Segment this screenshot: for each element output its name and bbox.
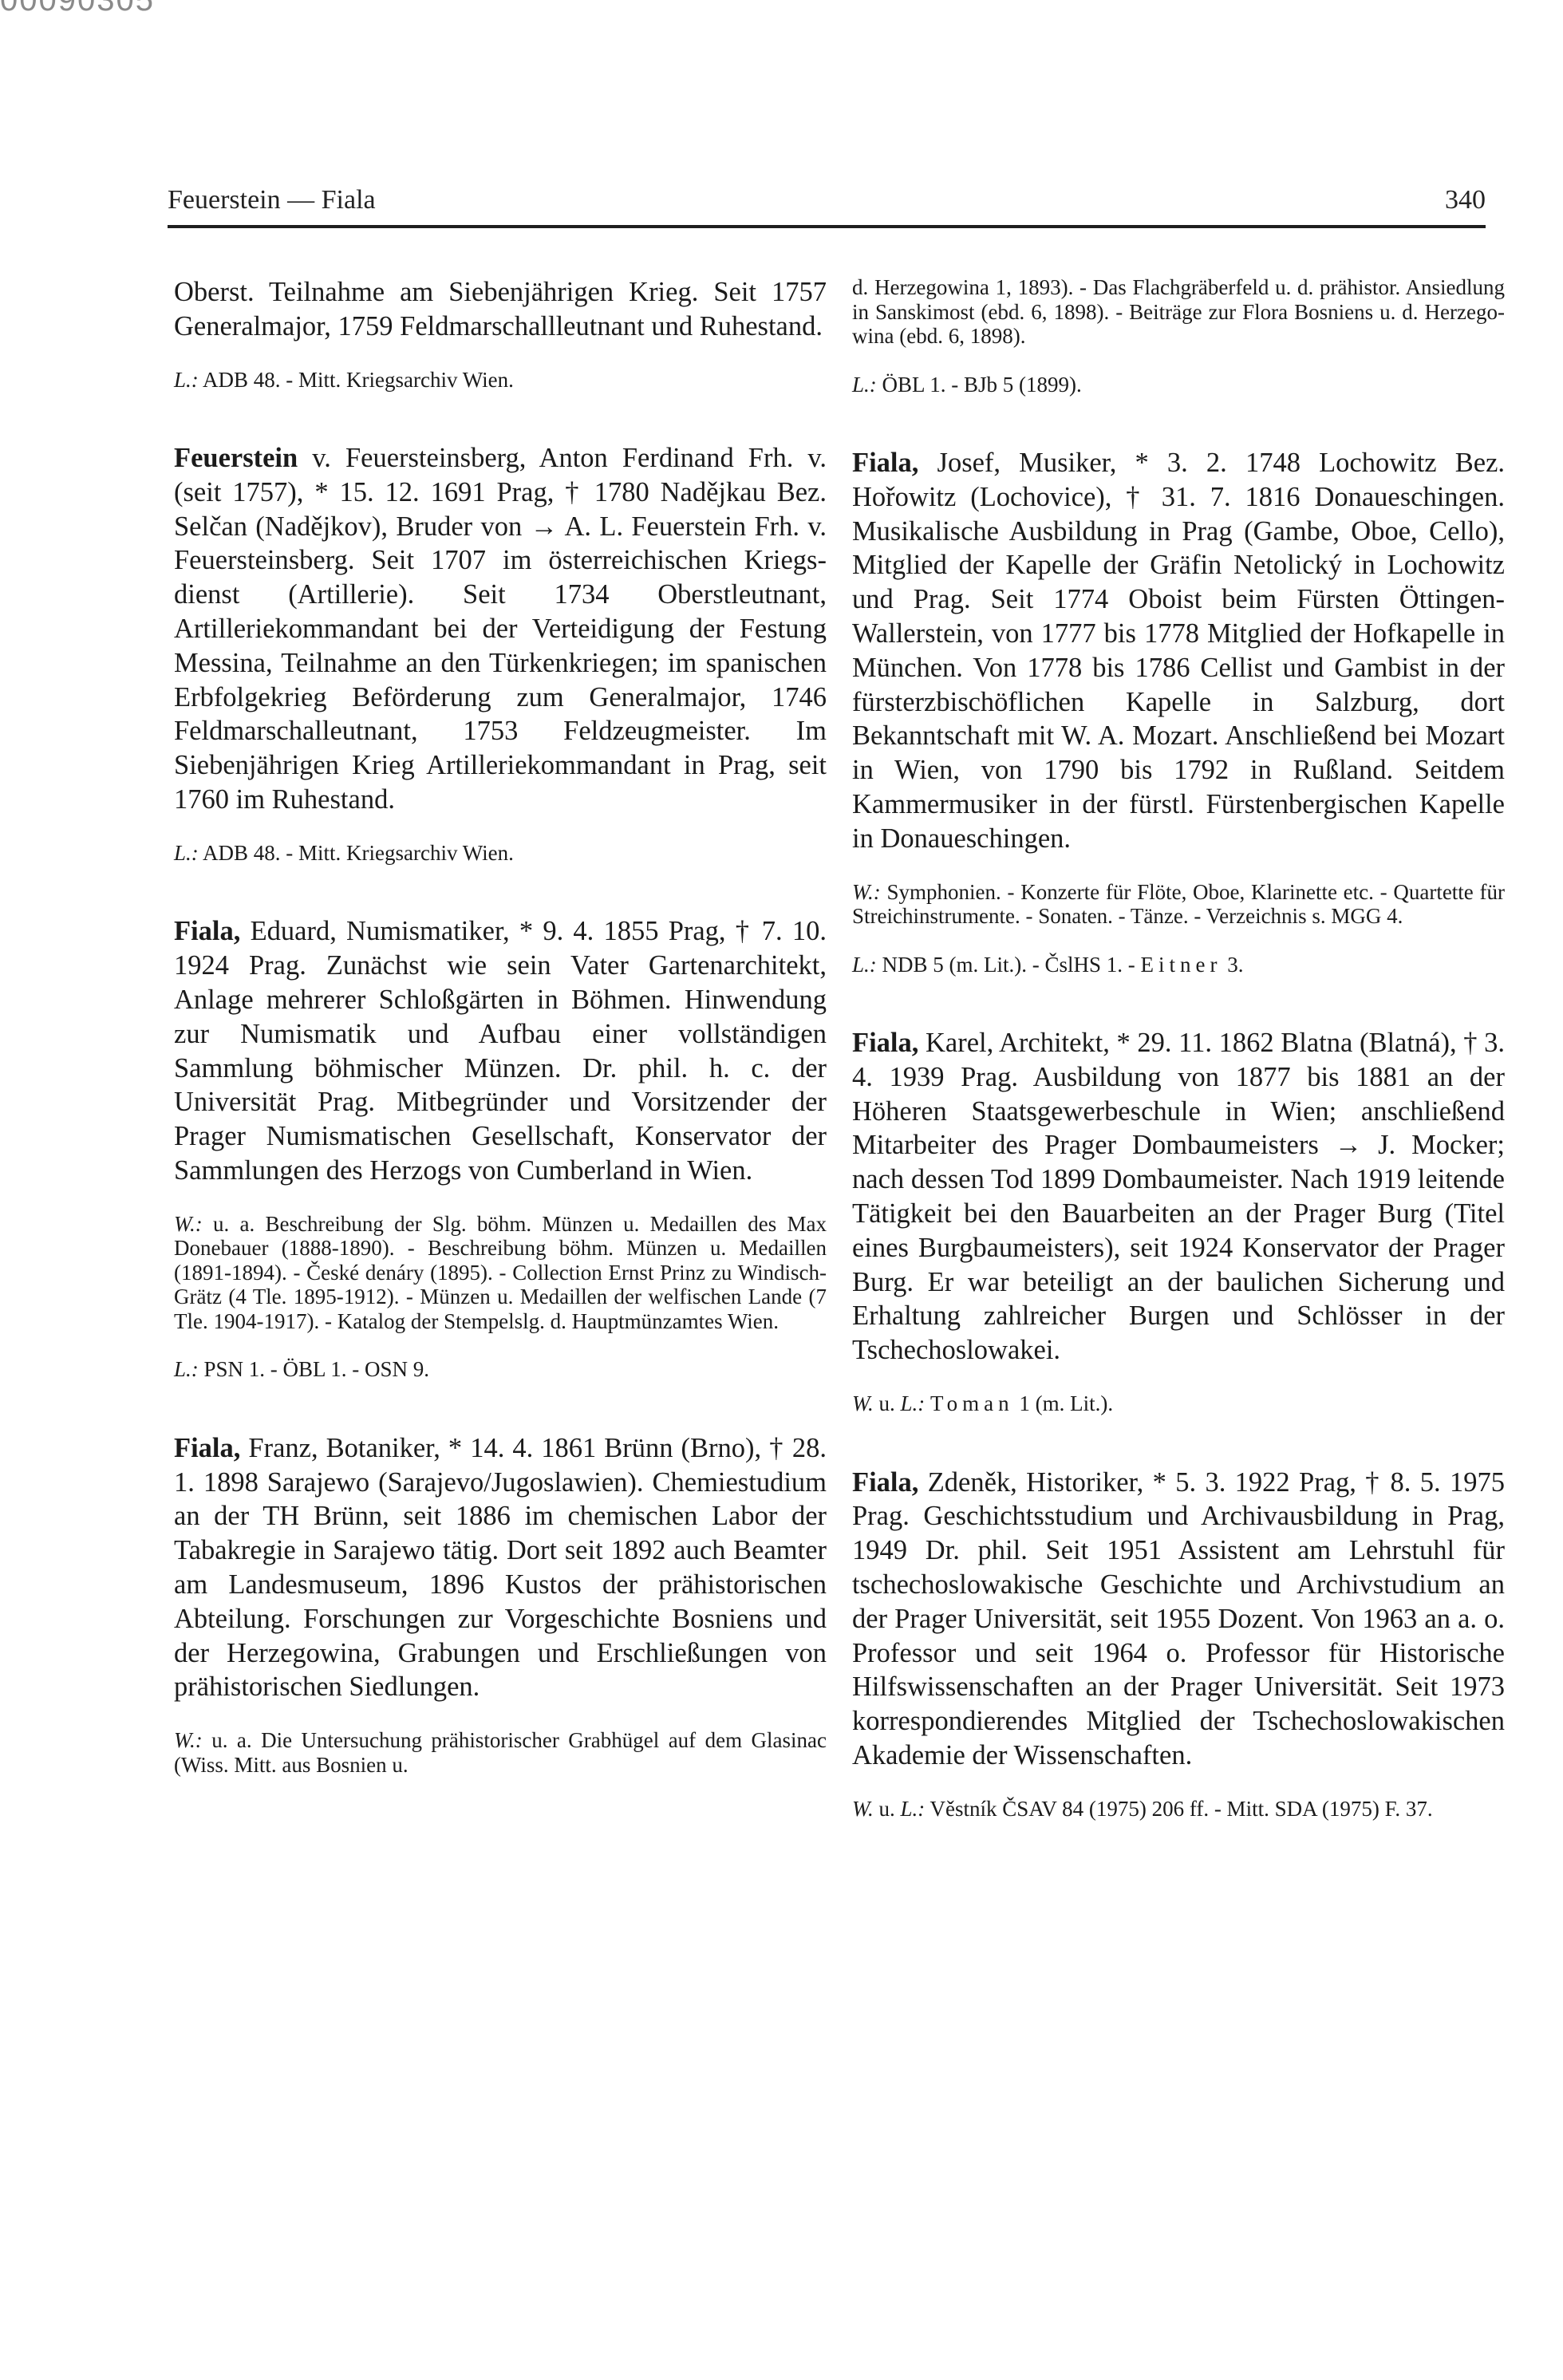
- running-title: Feuerstein — Fiala: [168, 185, 376, 215]
- scan-id: 00090305: [0, 0, 155, 18]
- lit-label: L.:: [852, 373, 877, 397]
- works-label: W.:: [174, 1212, 203, 1236]
- entry-feuerstein: Feuerstein v. Feuersteinsberg, Anton Fer…: [174, 441, 827, 865]
- left-column: Oberst. Teilnahme am Siebenjährigen Krie…: [174, 275, 827, 1777]
- entry-continuation-right: d. Herzegowina 1, 1893). - Das Flachgräb…: [852, 275, 1505, 397]
- entry-fiala-josef: Fiala, Josef, Musiker, * 3. 2. 1748 Loch…: [852, 446, 1505, 977]
- works-text: u. a. Die Untersuchung prähistorischer G…: [174, 1728, 827, 1777]
- entry-fiala-zdenek: Fiala, Zdeněk, Historiker, * 5. 3. 1922 …: [852, 1466, 1505, 1822]
- lit-label: L.:: [174, 368, 199, 392]
- works: W.: u. a. Die Untersuchung prähistorisch…: [174, 1728, 827, 1777]
- lit-suffix: 3.: [1222, 953, 1244, 977]
- lit-text: ADB 48. - Mitt. Kriegsarchiv Wien.: [203, 368, 514, 392]
- lemma: Fiala,: [174, 916, 240, 946]
- lemma: Fiala,: [852, 1467, 918, 1498]
- and-label: u.: [874, 1797, 901, 1821]
- lit-text: Věstník ČSAV 84 (1975) 206 ff. - Mitt. S…: [930, 1797, 1433, 1821]
- lit-label: L.:: [174, 841, 199, 865]
- entry-body: Eduard, Numismatiker, * 9. 4. 1855 Prag,…: [174, 916, 827, 1186]
- lit-suffix: 1 (m. Lit.).: [1014, 1391, 1113, 1415]
- lit-text: PSN 1. - ÖBL 1. - OSN 9.: [204, 1357, 430, 1381]
- entry-fiala-eduard: Fiala, Eduard, Numismatiker, * 9. 4. 185…: [174, 914, 827, 1381]
- works: W.: Symphonien. - Konzerte für Flöte, Ob…: [852, 880, 1505, 929]
- page-number: 340: [1445, 185, 1486, 215]
- lemma: Fiala,: [852, 448, 918, 478]
- works-label: W.: [852, 1391, 874, 1415]
- works-label: W.: [852, 1797, 874, 1821]
- header-rule: [168, 225, 1486, 228]
- entry-body: Franz, Botaniker, * 14. 4. 1861 Brünn (B…: [174, 1433, 827, 1703]
- literature: L.: PSN 1. - ÖBL 1. - OSN 9.: [174, 1357, 827, 1382]
- works-and-literature: W. u. L.: Věstník ČSAV 84 (1975) 206 ff.…: [852, 1797, 1505, 1822]
- works: W.: u. a. Beschreibung der Slg. böhm. Mü…: [174, 1212, 827, 1334]
- lit-text: NDB 5 (m. Lit.). - ČslHS 1. -: [882, 953, 1141, 977]
- entry-body: Karel, Architekt, * 29. 11. 1862 Blatna …: [852, 1028, 1505, 1365]
- and-label: u.: [874, 1391, 901, 1415]
- lit-author: Eitner: [1141, 953, 1222, 977]
- literature: L.: ÖBL 1. - BJb 5 (1899).: [852, 373, 1505, 397]
- works-and-literature: W. u. L.: Toman 1 (m. Lit.).: [852, 1391, 1505, 1416]
- works-text: u. a. Beschreibung der Slg. böhm. Münzen…: [174, 1212, 827, 1333]
- lemma: Fiala,: [852, 1028, 918, 1058]
- lemma: Fiala,: [174, 1433, 240, 1463]
- entry-body: Oberst. Teilnahme am Siebenjährigen Krie…: [174, 275, 827, 344]
- entry-continuation-left: Oberst. Teilnahme am Siebenjährigen Krie…: [174, 275, 827, 392]
- works-label: W.:: [852, 880, 881, 904]
- entry-fiala-karel: Fiala, Karel, Architekt, * 29. 11. 1862 …: [852, 1026, 1505, 1415]
- literature: L.: NDB 5 (m. Lit.). - ČslHS 1. - Eitner…: [852, 953, 1505, 977]
- entry-fiala-franz: Fiala, Franz, Botaniker, * 14. 4. 1861 B…: [174, 1431, 827, 1777]
- works-label: W.:: [174, 1728, 203, 1752]
- literature: L.: ADB 48. - Mitt. Kriegsarchiv Wien.: [174, 368, 827, 393]
- right-column: d. Herzegowina 1, 1893). - Das Flachgräb…: [852, 275, 1505, 1821]
- lemma: Feuerstein: [174, 443, 298, 473]
- lit-text: ADB 48. - Mitt. Kriegsarchiv Wien.: [203, 841, 514, 865]
- entry-body: Zdeněk, Historiker, * 5. 3. 1922 Prag, †…: [852, 1467, 1505, 1770]
- works-text: Symphonien. - Konzerte für Flöte, Oboe, …: [852, 880, 1505, 929]
- entry-body: Josef, Musiker, * 3. 2. 1748 Lochowitz B…: [852, 448, 1505, 854]
- literature: L.: ADB 48. - Mitt. Kriegsarchiv Wien.: [174, 841, 827, 866]
- works-text: d. Herzegowina 1, 1893). - Das Flachgräb…: [852, 275, 1505, 349]
- lit-label: L.:: [174, 1357, 199, 1381]
- lit-label: L.:: [901, 1797, 926, 1821]
- lit-label: L.:: [901, 1391, 926, 1415]
- entry-body: v. Feuersteinsberg, Anton Ferdinand Frh.…: [174, 443, 827, 815]
- lit-text: ÖBL 1. - BJb 5 (1899).: [882, 373, 1082, 397]
- lit-label: L.:: [852, 953, 877, 977]
- running-head: Feuerstein — Fiala 340: [168, 185, 1486, 215]
- lit-author: Toman: [930, 1391, 1014, 1415]
